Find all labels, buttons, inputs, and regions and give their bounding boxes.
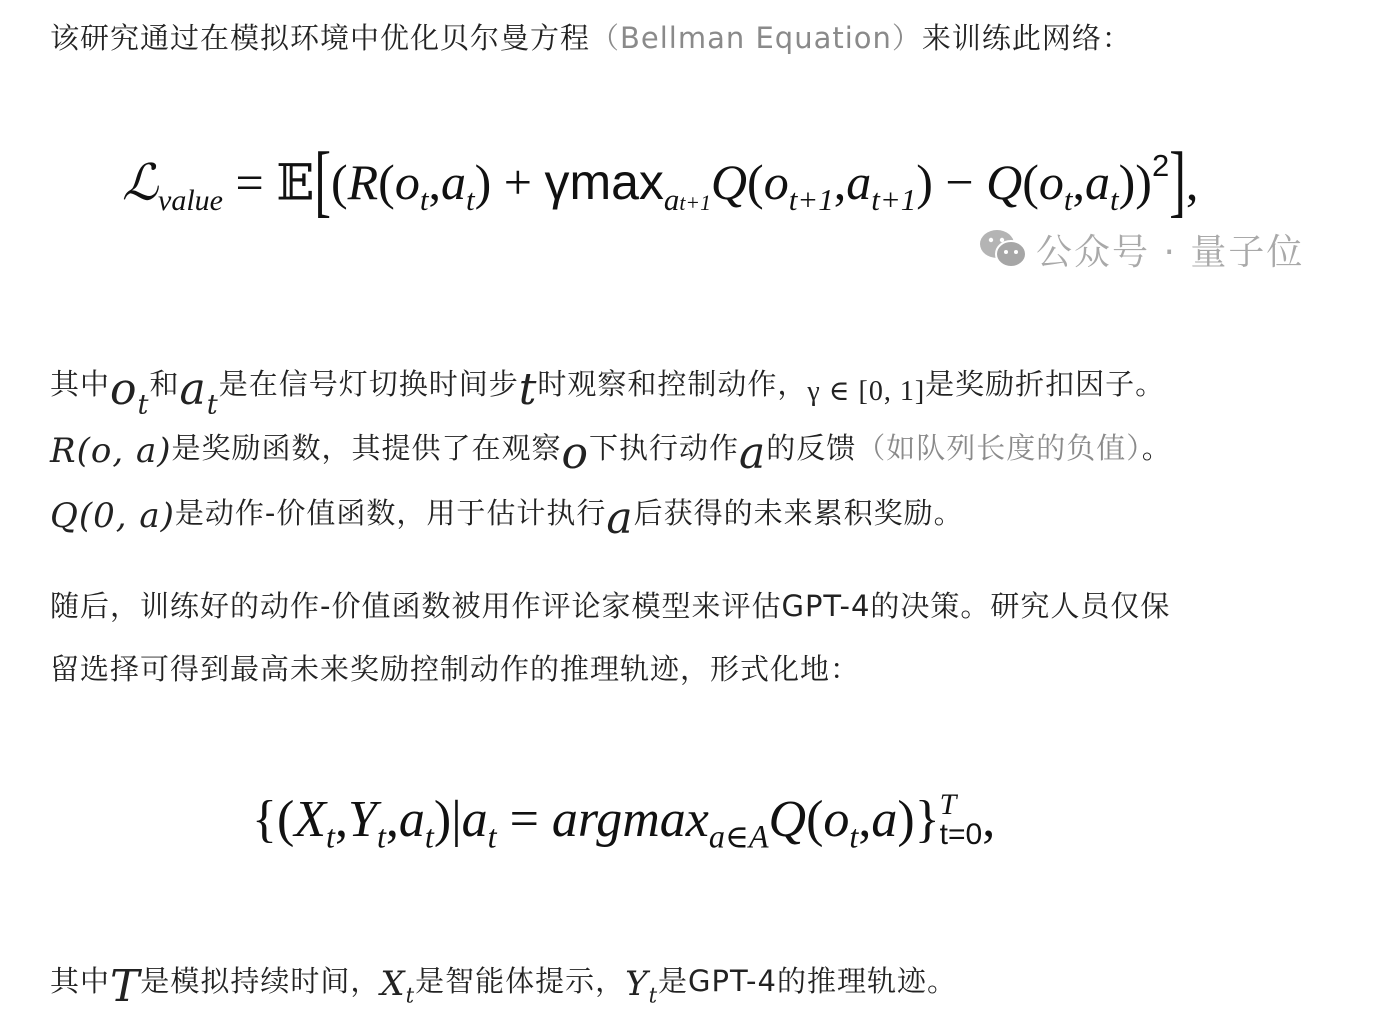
intro-paragraph: 该研究通过在模拟环境中优化贝尔曼方程（Bellman Equation）来训练此…	[50, 24, 1132, 53]
text: 是智能体提示，	[415, 964, 625, 998]
upper-limit-T: T	[940, 790, 983, 820]
watermark: 公众号 · 量子位	[978, 226, 1304, 272]
math-a-t: at	[180, 364, 219, 415]
text: 其中	[50, 367, 110, 401]
equation-body: (R(ot,at) + γmaxat+1Q(ot+1,at+1) − Q(ot,…	[331, 154, 1169, 210]
expectation-symbol: 𝔼	[276, 154, 314, 210]
math-t: t	[519, 364, 538, 415]
text: 时观察和控制动作，	[537, 367, 807, 401]
math-o-t: ot	[110, 364, 149, 415]
definition-line-3: Q(0, a)是动作-价值函数，用于估计执行a后获得的未来累积奖励。	[50, 487, 964, 531]
close-bracket: ]	[1169, 134, 1186, 227]
text: 其中	[50, 964, 110, 998]
trajectory-selection-equation: {(Xt,Yt,at)|at = argmaxa∈AQ(ot,a)}Tt=0,	[252, 790, 995, 855]
queue-length-note: （如队列长度的负值）	[856, 431, 1142, 465]
math-q-function: Q(0, a)	[50, 496, 175, 536]
wechat-icon	[978, 227, 1028, 271]
text: 是在信号灯切换时间步	[219, 367, 519, 401]
value-loss-equation: ℒvalue = 𝔼[(R(ot,at) + γmaxat+1Q(ot+1,at…	[122, 148, 1198, 218]
math-o: o	[562, 428, 590, 479]
text: 下执行动作	[589, 431, 739, 465]
equals-sign: =	[235, 154, 263, 210]
intro-text-end: 来训练此网络：	[922, 21, 1132, 55]
trailing-comma: ,	[1186, 154, 1199, 210]
definition-line-2: R(o, a)是奖励函数，其提供了在观察o下执行动作a的反馈（如队列长度的负值）…	[50, 422, 1172, 466]
text: 的反馈	[766, 431, 856, 465]
math-a: a	[739, 428, 766, 479]
argmax-subscript: a∈A	[709, 818, 769, 854]
text: 后获得的未来累积奖励。	[634, 496, 964, 530]
watermark-label: 公众号 · 量子位	[1036, 224, 1304, 275]
intro-text: 该研究通过在模拟环境中优化贝尔曼方程	[50, 21, 590, 55]
math-gamma-range: γ ∈ [0, 1]	[807, 376, 925, 407]
text: 是GPT-4的推理轨迹。	[658, 964, 957, 998]
square-exponent: 2	[1152, 148, 1169, 183]
loss-symbol: ℒ	[122, 154, 158, 210]
text: 和	[149, 367, 179, 401]
math-T: T	[110, 961, 140, 1012]
definition-line-1: 其中ot和at是在信号灯切换时间步t时观察和控制动作，γ ∈ [0, 1]是奖励…	[50, 358, 1165, 409]
math-Y-t: Yt	[625, 964, 658, 1004]
critic-paragraph-line-1: 随后，训练好的动作-价值函数被用作评论家模型来评估GPT-4的决策。研究人员仅保	[50, 592, 1170, 621]
lower-limit-t0: t=0	[940, 820, 983, 850]
math-reward-function: R(o, a)	[50, 431, 171, 471]
text: 是奖励折扣因子。	[925, 367, 1165, 401]
bellman-equation-annotation: （Bellman Equation）	[590, 21, 922, 55]
critic-paragraph-line-2: 留选择可得到最高未来奖励控制动作的推理轨迹，形式化地：	[50, 655, 860, 684]
text: 是动作-价值函数，用于估计执行	[175, 496, 606, 530]
argmax-operator: argmax	[552, 791, 709, 848]
loss-subscript: value	[158, 184, 223, 217]
text: 是模拟持续时间，	[140, 964, 380, 998]
math-a: a	[606, 493, 633, 544]
final-definitions: 其中T是模拟持续时间，Xt是智能体提示，Yt是GPT-4的推理轨迹。	[50, 955, 957, 1001]
math-X-t: Xt	[380, 964, 415, 1004]
text: 是奖励函数，其提供了在观察	[171, 431, 561, 465]
text: 。	[1142, 431, 1172, 465]
open-bracket: [	[314, 134, 331, 227]
trailing-comma: ,	[982, 791, 995, 848]
